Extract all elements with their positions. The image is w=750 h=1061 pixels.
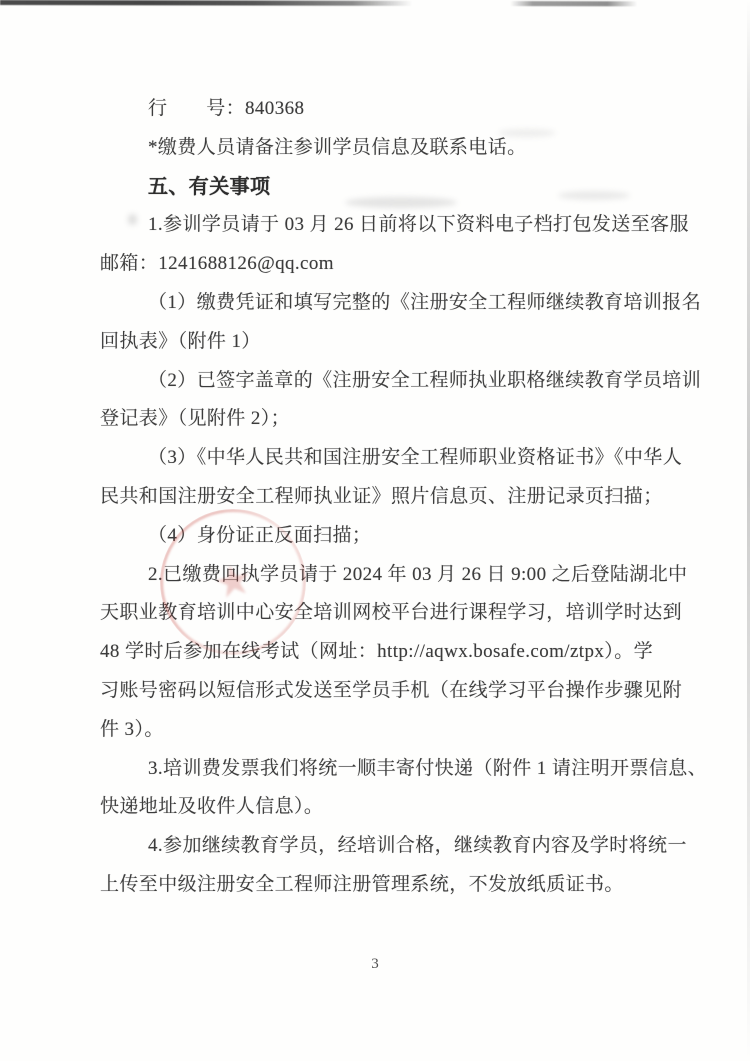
line-bank-branch-number: 行 号：840368: [100, 90, 656, 129]
line-sub2-registration-b: 登记表》（见附件 2）；: [100, 400, 656, 439]
line-item2-attachment3: 件 3）。: [100, 711, 656, 750]
line-item2-login-a: 2.已缴费回执学员请于 2024 年 03 月 26 日 9:00 之后登陆湖北…: [100, 556, 656, 595]
line-item2-exam-url: 48 学时后参加在线考试（网址：http://aqwx.bosafe.com/z…: [100, 633, 656, 672]
line-sub3-certificates-b: 民共和国注册安全工程师执业证》照片信息页、注册记录页扫描；: [100, 478, 656, 517]
section-heading-five: 五、有关事项: [100, 168, 656, 207]
line-payment-note: *缴费人员请备注参训学员信息及联系电话。: [100, 129, 656, 168]
line-item3-invoice-a: 3.培训费发票我们将统一顺丰寄付快递（附件 1 请注明开票信息、: [100, 750, 656, 789]
scanned-document-page: 行 号：840368 *缴费人员请备注参训学员信息及联系电话。 五、有关事项 1…: [0, 0, 750, 1061]
line-sub1-receipt-b: 回执表》（附件 1）: [100, 323, 656, 362]
scan-edge-top: [0, 0, 750, 7]
line-sub1-receipt-a: （1）缴费凭证和填写完整的《注册安全工程师继续教育培训报名: [100, 284, 656, 323]
line-sub3-certificates-a: （3）《中华人民共和国注册安全工程师职业资格证书》《中华人: [100, 439, 656, 478]
document-body: 行 号：840368 *缴费人员请备注参训学员信息及联系电话。 五、有关事项 1…: [100, 90, 656, 905]
line-item1-materials: 1.参训学员请于 03 月 26 日前将以下资料电子档打包发送至客服: [100, 206, 656, 245]
line-item4-upload-b: 上传至中级注册安全工程师注册管理系统，不发放纸质证书。: [100, 866, 656, 905]
page-number: 3: [0, 956, 750, 973]
line-item2-sms-account: 习账号密码以短信形式发送至学员手机（在线学习平台操作步骤见附: [100, 672, 656, 711]
line-sub2-registration-a: （2）已签字盖章的《注册安全工程师执业职格继续教育学员培训: [100, 362, 656, 401]
line-item1-email: 邮箱：1241688126@qq.com: [100, 245, 656, 284]
line-item2-login-b: 天职业教育培训中心安全培训网校平台进行课程学习，培训学时达到: [100, 594, 656, 633]
line-item3-invoice-b: 快递地址及收件人信息）。: [100, 788, 656, 827]
line-sub4-id-scan: （4）身份证正反面扫描；: [100, 517, 656, 556]
line-item4-upload-a: 4.参加继续教育学员，经培训合格，继续教育内容及学时将统一: [100, 827, 656, 866]
